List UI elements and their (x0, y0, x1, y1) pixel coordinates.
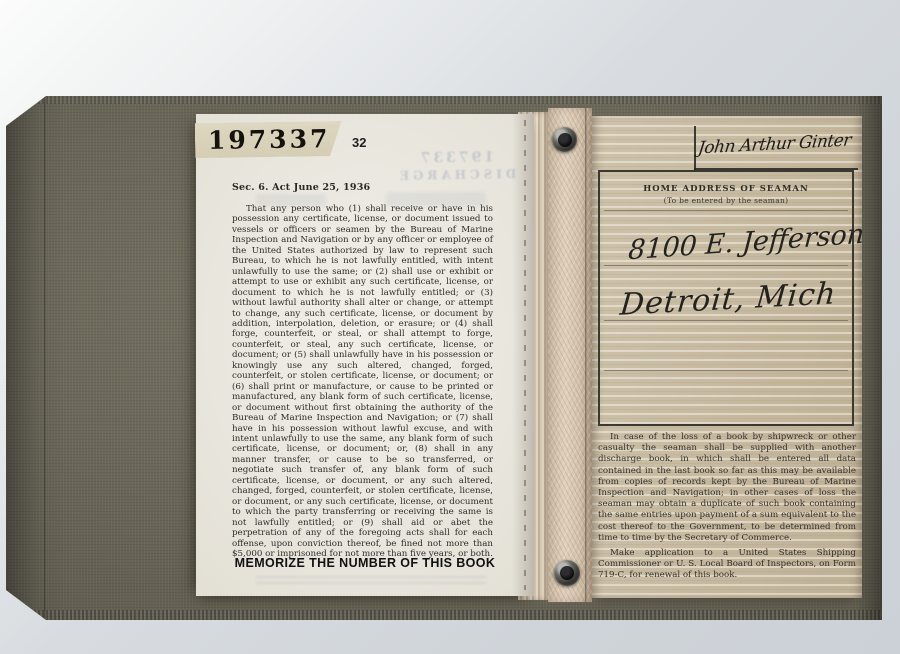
cover-bottom-edge (6, 610, 882, 620)
grommet-top (552, 127, 577, 152)
bleedthrough-mirrored-text: 197337 DISCHARGE (366, 148, 547, 183)
serial-number: 197337 (195, 124, 331, 155)
signature-left-bracket (694, 126, 696, 170)
home-address-box: HOME ADDRESS OF SEAMAN (To be entered by… (598, 170, 854, 426)
scanned-discharge-book: 197337 32 197337 DISCHARGE Sec. 6. Act J… (0, 0, 900, 654)
serial-number-label: 197337 (195, 121, 348, 158)
footer-bleedthrough (256, 576, 486, 586)
handwritten-city-state: Detroit, Mich (619, 276, 838, 323)
binding-crease (585, 108, 588, 602)
seaman-signature: John Arthur Ginter (697, 129, 869, 158)
cover-left-crease (44, 96, 47, 620)
section-heading: Sec. 6. Act June 25, 1936 (232, 182, 370, 193)
cover-top-edge (6, 96, 882, 104)
grommet-bottom (554, 560, 580, 586)
right-page: John Arthur Ginter HOME ADDRESS OF SEAMA… (592, 116, 862, 598)
stitch-line (524, 120, 526, 590)
memorize-footer: MEMORIZE THE NUMBER OF THIS BOOK (216, 556, 514, 570)
bleedthrough-line1: 197337 (366, 148, 546, 167)
handwritten-street-address: 8100 E. Jefferson (627, 219, 865, 267)
address-box-heading: HOME ADDRESS OF SEAMAN (600, 184, 852, 194)
address-rule-4 (604, 370, 848, 371)
left-page: 197337 32 197337 DISCHARGE Sec. 6. Act J… (196, 114, 534, 596)
renewal-paragraph: Make application to a United States Ship… (598, 548, 856, 582)
left-page-gutter-shadow (512, 114, 534, 596)
page-number: 32 (352, 135, 366, 150)
grommet-top-hole (558, 133, 572, 147)
legal-body-text: That any person who (1) shall receive or… (232, 204, 493, 559)
address-rule-1 (604, 210, 848, 211)
cover-fold-shadow (6, 96, 66, 620)
loss-of-book-paragraph: In case of the loss of a book by shipwre… (598, 432, 856, 544)
address-box-subheading: (To be entered by the seaman) (600, 196, 852, 205)
